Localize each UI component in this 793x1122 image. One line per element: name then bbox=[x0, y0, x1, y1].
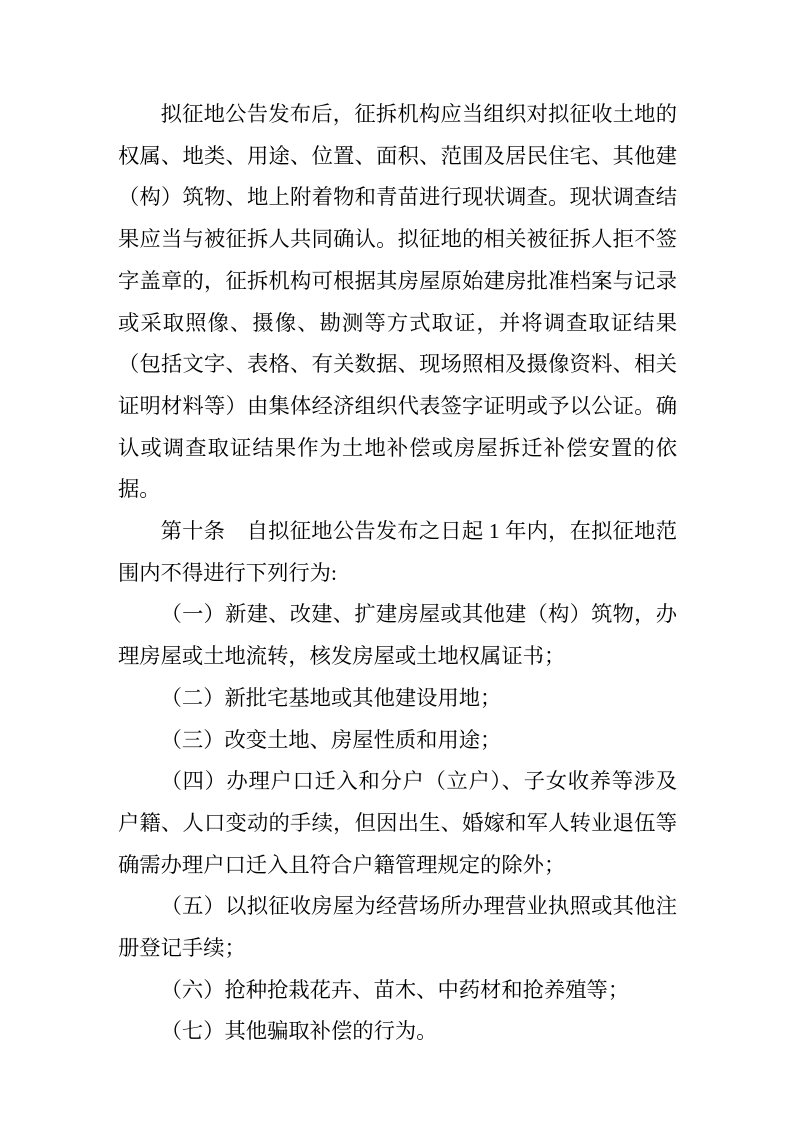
paragraph-item-5: （五）以拟征收房屋为经营场所办理营业执照或其他注册登记手续； bbox=[118, 886, 677, 969]
paragraph-item-7: （七）其他骗取补偿的行为。 bbox=[118, 1011, 677, 1053]
paragraph-item-4: （四）办理户口迁入和分户（立户）、子女收养等涉及户籍、人口变动的手续，但因出生、… bbox=[118, 761, 677, 886]
document-page: 拟征地公告发布后，征拆机构应当组织对拟征收土地的权属、地类、用途、位置、面积、范… bbox=[0, 0, 793, 1122]
paragraph-item-1: （一）新建、改建、扩建房屋或其他建（构）筑物，办理房屋或土地流转，核发房屋或土地… bbox=[118, 594, 677, 677]
paragraph-item-3: （三）改变土地、房屋性质和用途； bbox=[118, 720, 677, 762]
paragraph-article-10-intro: 第十条 自拟征地公告发布之日起 1 年内，在拟征地范围内不得进行下列行为: bbox=[118, 511, 677, 594]
paragraph-item-6: （六）抢种抢栽花卉、苗木、中药材和抢养殖等； bbox=[118, 970, 677, 1012]
paragraph-survey-procedure: 拟征地公告发布后，征拆机构应当组织对拟征收土地的权属、地类、用途、位置、面积、范… bbox=[118, 94, 677, 511]
paragraph-item-2: （二）新批宅基地或其他建设用地； bbox=[118, 678, 677, 720]
